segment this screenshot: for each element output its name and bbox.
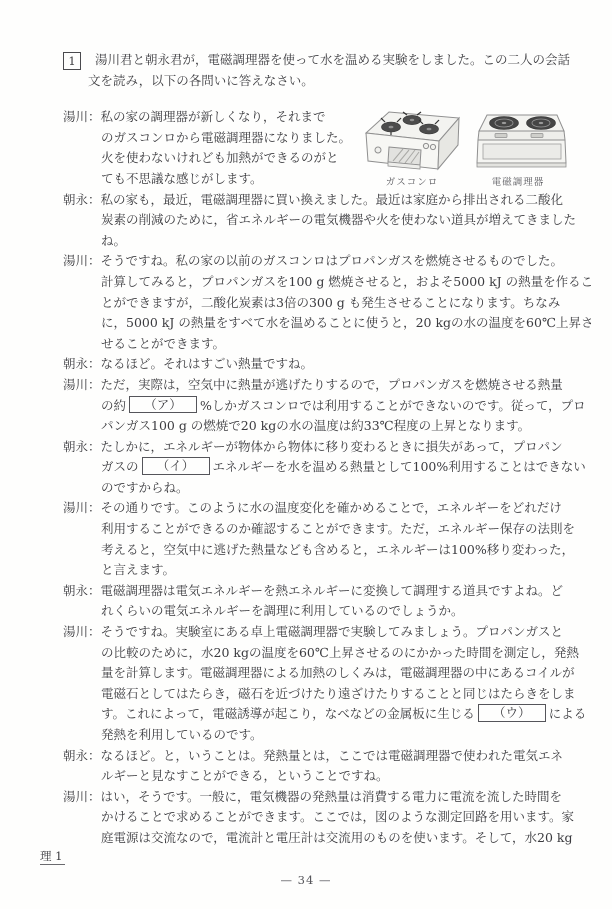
dialogue-line: 発熱を利用しているのです。 bbox=[63, 725, 568, 746]
question-number-box: 1 bbox=[63, 52, 81, 70]
dialogue-line-text: なるほど。それはすごい熱量ですね。 bbox=[101, 356, 314, 371]
dialogue-line: のですからね。 bbox=[63, 478, 568, 499]
dialogue-line: パンガス100 g の燃焼で20 kgの水の温度は約33℃程度の上昇となります。 bbox=[63, 416, 568, 437]
question-line: 湯川君と朝永君が，電磁調理器を使って水を温める実験をしました。この二人の会話 bbox=[63, 50, 568, 71]
speaker-label: 湯川： bbox=[63, 500, 101, 515]
dialogue-entry: 朝永：なるほど。それはすごい熱量ですね。 bbox=[63, 354, 568, 375]
gas-stove-illustration bbox=[359, 103, 465, 177]
speaker-label: 湯川： bbox=[63, 253, 101, 268]
dialogue-line-text: そうですね。私の家の以前のガスコンロはプロパンガスを燃焼させるものでした。 bbox=[101, 253, 564, 268]
appliance-figures: ガスコンロ bbox=[351, 103, 573, 189]
dialogue-line-text: %しかガスコンロでは利用することができないのです。従って，プロ bbox=[200, 398, 586, 413]
dialogue-line-text: 電磁調理器は電気エネルギーを熱エネルギーに変換して調理する道具ですよね。ど bbox=[101, 583, 564, 598]
dialogue-line: 湯川：そうですね。実験室にある卓上電磁調理器で実験してみましょう。プロパンガスと bbox=[63, 622, 568, 643]
figure-caption: ガスコンロ bbox=[359, 177, 465, 189]
dialogue-line: 湯川：そうですね。私の家の以前のガスコンロはプロパンガスを燃焼させるものでした。 bbox=[63, 251, 568, 272]
dialogue-line: 量を計算します。電磁調理器による加熱のしくみは，電磁調理器の中にあるコイルが bbox=[63, 663, 568, 684]
figure-caption: 電磁調理器 bbox=[465, 177, 571, 189]
dialogue-entry: 湯川：はい，そうです。一般に，電気機器の発熱量は消費する電力に電流を流した時間を… bbox=[63, 787, 568, 849]
dialogue-line: と言えます。 bbox=[63, 560, 568, 581]
section-label: 理 1 bbox=[40, 849, 65, 865]
question-line: 文を読み，以下の各問いに答えなさい。 bbox=[63, 71, 568, 92]
dialogue-line-text: す。これによって，電磁誘導が起こり，なべなどの金属板に生じる bbox=[101, 706, 475, 721]
dialogue-line-text: なるほど。と，いうことは。発熱量とは，ここでは電磁調理器で使われた電気エネ bbox=[101, 748, 564, 763]
dialogue-line: ガスの（イ）エネルギーを水を温める熱量として100%利用することはできない bbox=[63, 457, 568, 478]
induction-cooker-illustration bbox=[465, 103, 571, 177]
dialogue-entry: 朝永：たしかに，エネルギーが物体から物体に移り変わるときに損失があって，プロパン… bbox=[63, 437, 568, 499]
dialogue-line-text: その通りです。このように水の温度変化を確かめることで，エネルギーをどれだけ bbox=[101, 500, 562, 515]
dialogue-line: 電磁石としてはたらき，磁石を近づけたり遠ざけたりすることと同じはたらきをしま bbox=[63, 684, 568, 705]
speaker-label: 湯川： bbox=[63, 377, 101, 392]
speaker-label: 朝永： bbox=[63, 439, 101, 454]
dialogue-line: れくらいの電気エネルギーを調理に利用しているのでしょうか。 bbox=[63, 601, 568, 622]
dialogue-line: とができますが，二酸化炭素は3倍の300 g も発生させることになります。ちなみ bbox=[63, 293, 568, 314]
dialogue-line: 湯川：ただ，実際は，空気中に熱量が逃げたりするので，プロパンガスを燃焼させる熱量 bbox=[63, 375, 568, 396]
dialogue-line: ても不思議な感じがします。 bbox=[63, 169, 351, 190]
dialogue-entry: 湯川：私の家の調理器が新しくなり，それまで のガスコンロから電磁調理器になりまし… bbox=[63, 107, 568, 189]
dialogue-line-text: の約 bbox=[101, 398, 126, 413]
dialogue-line-text: たしかに，エネルギーが物体から物体に移り変わるときに損失があって，プロパン bbox=[101, 439, 563, 454]
speaker-label: 朝永： bbox=[63, 583, 101, 598]
exam-page: 1 湯川君と朝永君が，電磁調理器を使って水を温める実験をしました。この二人の会話… bbox=[0, 0, 612, 909]
dialogue-line: す。これによって，電磁誘導が起こり，なべなどの金属板に生じる（ウ）による bbox=[63, 704, 568, 725]
dialogue-line: 湯川：その通りです。このように水の温度変化を確かめることで，エネルギーをどれだけ bbox=[63, 498, 568, 519]
dialogue-line: ね。 bbox=[63, 231, 568, 252]
dialogue-entry: 湯川：そうですね。私の家の以前のガスコンロはプロパンガスを燃焼させるものでした。… bbox=[63, 251, 568, 354]
dialogue-line-text: ガスの bbox=[101, 459, 139, 474]
dialogue-line-text: そうですね。実験室にある卓上電磁調理器で実験してみましょう。プロパンガスと bbox=[101, 624, 564, 639]
dialogue-line-text: ただ，実際は，空気中に熱量が逃げたりするので，プロパンガスを燃焼させる熱量 bbox=[101, 377, 563, 392]
dialogue-line: 朝永：たしかに，エネルギーが物体から物体に移り変わるときに損失があって，プロパン bbox=[63, 437, 568, 458]
dialogue-text-column: 湯川：私の家の調理器が新しくなり，それまで のガスコンロから電磁調理器になりまし… bbox=[63, 107, 351, 189]
dialogue-line: 利用することができるのか確認することができます。ただ，エネルギー保存の法則を bbox=[63, 519, 568, 540]
speaker-label: 湯川： bbox=[63, 624, 101, 639]
dialogue-line-text: 私の家の調理器が新しくなり，それまで bbox=[101, 109, 326, 124]
page-number: — 34 — bbox=[0, 870, 612, 891]
answer-blank-u: （ウ） bbox=[478, 704, 546, 722]
dialogue-entry: 朝永：なるほど。と，いうことは。発熱量とは，ここでは電磁調理器で使われた電気エネ… bbox=[63, 746, 568, 787]
dialogue-line-text: による bbox=[549, 706, 587, 721]
question-header: 1 湯川君と朝永君が，電磁調理器を使って水を温める実験をしました。この二人の会話… bbox=[63, 50, 568, 91]
dialogue-line: 考えると，空気中に逃げた熱量なども含めると，エネルギーは100%移り変わった， bbox=[63, 540, 568, 561]
speaker-label: 湯川： bbox=[63, 789, 101, 804]
speaker-label: 朝永： bbox=[63, 748, 101, 763]
dialogue-line: 庭電源は交流なので，電流計と電圧計は交流用のものを使います。そして，水20 kg bbox=[63, 828, 568, 849]
page-content: 1 湯川君と朝永君が，電磁調理器を使って水を温める実験をしました。この二人の会話… bbox=[63, 50, 568, 849]
dialogue-line: 朝永：電磁調理器は電気エネルギーを熱エネルギーに変換して調理する道具ですよね。ど bbox=[63, 581, 568, 602]
dialogue-line: せることができます。 bbox=[63, 334, 568, 355]
dialogue-entry: 湯川：ただ，実際は，空気中に熱量が逃げたりするので，プロパンガスを燃焼させる熱量… bbox=[63, 375, 568, 437]
dialogue-line: ルギーと見なすことができる，ということですね。 bbox=[63, 766, 568, 787]
dialogue-line: に，5000 kJ の熱量をすべて水を温めることに使うと，20 kgの水の温度を… bbox=[63, 313, 568, 334]
gas-stove-figure: ガスコンロ bbox=[359, 103, 465, 189]
dialogue-line-text: 私の家も，最近，電磁調理器に買い換えました。最近は家庭から排出される二酸化 bbox=[101, 192, 564, 207]
dialogue-line: 計算してみると，プロパンガスを100 g 燃焼させると，およそ5000 kJ の… bbox=[63, 272, 568, 293]
speaker-label: 朝永： bbox=[63, 192, 101, 207]
dialogue-line: のガスコンロから電磁調理器になりました。 bbox=[63, 128, 351, 149]
dialogue-entry: 湯川：その通りです。このように水の温度変化を確かめることで，エネルギーをどれだけ… bbox=[63, 498, 568, 580]
answer-blank-i: （イ） bbox=[142, 457, 210, 475]
dialogue-entry: 湯川：そうですね。実験室にある卓上電磁調理器で実験してみましょう。プロパンガスと… bbox=[63, 622, 568, 746]
dialogue-line: 朝永：私の家も，最近，電磁調理器に買い換えました。最近は家庭から排出される二酸化 bbox=[63, 190, 568, 211]
dialogue-line: 火を使わないけれども加熱ができるのがと bbox=[63, 148, 351, 169]
dialogue-line: 朝永：なるほど。と，いうことは。発熱量とは，ここでは電磁調理器で使われた電気エネ bbox=[63, 746, 568, 767]
induction-cooker-figure: 電磁調理器 bbox=[465, 103, 571, 189]
dialogue-line: の比較のために，水20 kgの温度を60℃上昇させるのにかかった時間を測定し，発… bbox=[63, 643, 568, 664]
dialogue-entry: 朝永：私の家も，最近，電磁調理器に買い換えました。最近は家庭から排出される二酸化… bbox=[63, 190, 568, 252]
dialogue-line: の約（ア）%しかガスコンロでは利用することができないのです。従って，プロ bbox=[63, 396, 568, 417]
answer-blank-a: （ア） bbox=[129, 396, 197, 414]
dialogue-line: かけることで求めることができます。ここでは，図のような測定回路を用います。家 bbox=[63, 807, 568, 828]
speaker-label: 朝永： bbox=[63, 356, 101, 371]
speaker-label: 湯川： bbox=[63, 109, 101, 124]
dialogue-line: 湯川：私の家の調理器が新しくなり，それまで bbox=[63, 107, 351, 128]
dialogue-line: 炭素の削減のために，省エネルギーの電気機器や火を使わない道具が増えてきました bbox=[63, 210, 568, 231]
dialogue-line-text: はい，そうです。一般に，電気機器の発熱量は消費する電力に電流を流した時間を bbox=[101, 789, 563, 804]
dialogue-line: 朝永：なるほど。それはすごい熱量ですね。 bbox=[63, 354, 568, 375]
dialogue-line: 湯川：はい，そうです。一般に，電気機器の発熱量は消費する電力に電流を流した時間を bbox=[63, 787, 568, 808]
dialogue-line-text: エネルギーを水を温める熱量として100%利用することはできない bbox=[213, 459, 586, 474]
dialogue-entry: 朝永：電磁調理器は電気エネルギーを熱エネルギーに変換して調理する道具ですよね。ど… bbox=[63, 581, 568, 622]
